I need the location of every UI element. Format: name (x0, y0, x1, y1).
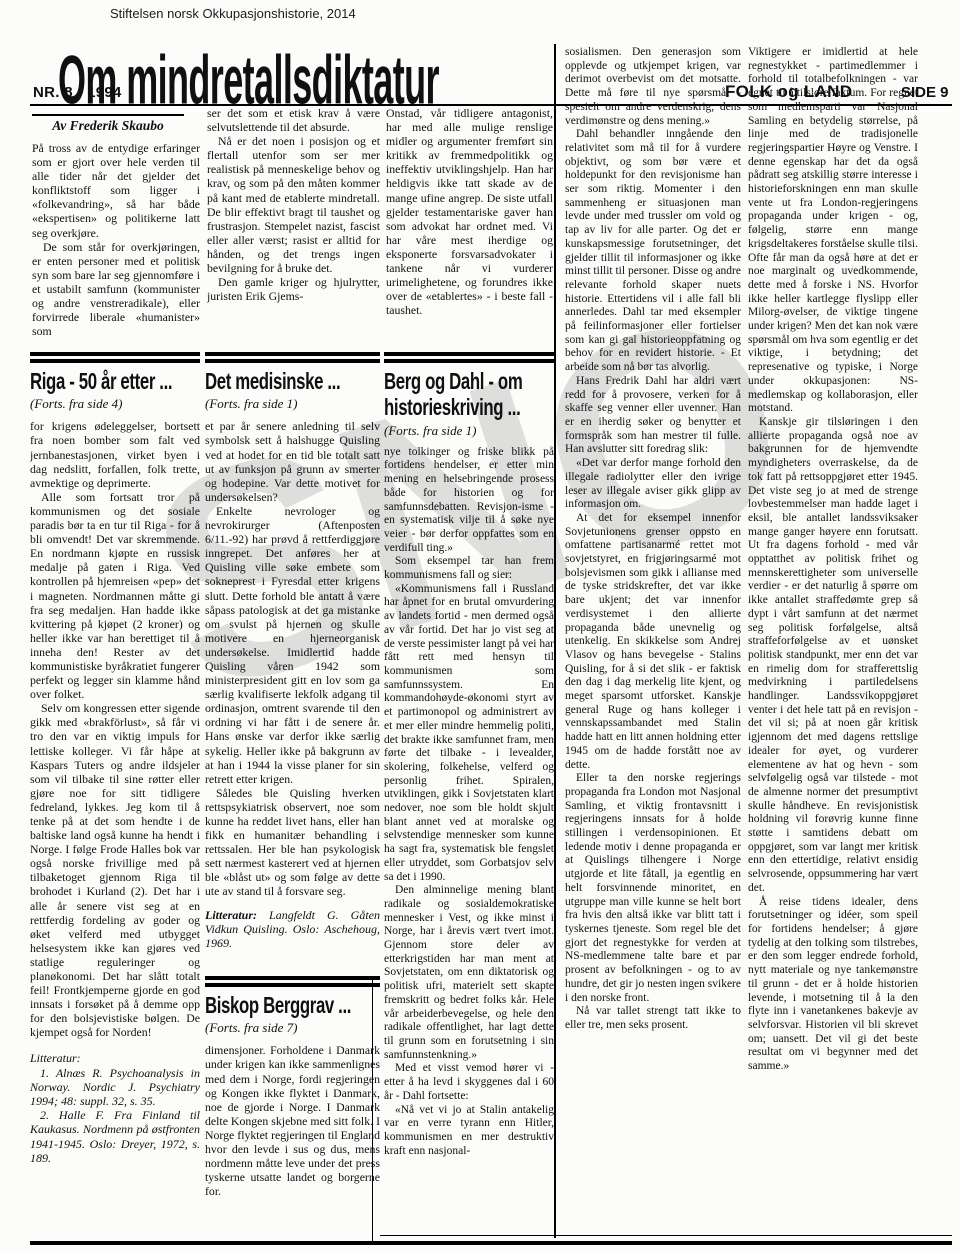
section-heading-berg-dahl-line1: Berg og Dahl - om (384, 369, 508, 393)
paragraph: Onstad, vår tidligere antagonist, har me… (386, 106, 553, 317)
paragraph: «Nå vet vi jo at Stalin antakelig var en… (384, 1104, 554, 1159)
lower-column-divider-vertical (372, 980, 373, 1242)
literature-label: Litteratur: (205, 908, 257, 922)
paragraph: Med et visst vemod hører vi - etter å ha… (384, 1062, 554, 1103)
section-riga: Riga - 50 år etter ... (Forts. fra side … (30, 352, 200, 1246)
footer-rule-thin (380, 1235, 952, 1236)
section-berggrav: Biskop Berggrav ... (Forts. fra side 7) … (205, 976, 380, 1244)
section-heading-berg-dahl-line2: historieskriving ... (384, 395, 508, 419)
paragraph: Dahl behandler inngående den relativitet… (565, 128, 741, 375)
berggrav-body: dimensjoner. Forholdene i Danmark under … (205, 1043, 380, 1198)
paragraph: for krigens ødeleggelser, bortsett fra n… (30, 419, 200, 489)
continuation-note: (Forts. fra side 1) (384, 423, 554, 439)
paragraph: «Kommunismens fall i Russland har åpnet … (384, 583, 554, 884)
continuation-note: (Forts. fra side 1) (205, 396, 380, 412)
riga-body: for krigens ødeleggelser, bortsett fra n… (30, 419, 200, 1039)
literature-label: Litteratur: (30, 1051, 200, 1066)
paragraph: Kanskje gir tilsløringen i den allierte … (748, 416, 918, 896)
paragraph: Således ble Quisling hverken rettspsykia… (205, 786, 380, 899)
paragraph: Som eksempel tar han frem kommunismens f… (384, 555, 554, 582)
main-article-column-1: På tross av de entydige erfaringer som e… (32, 141, 200, 353)
archive-attribution: Stiftelsen norsk Okkupasjonshistorie, 20… (110, 6, 356, 21)
paragraph: Eller ta den norske regjerings propagand… (565, 772, 741, 1005)
section-heading-medisinske: Det medisinske ... (205, 369, 333, 393)
byline: Av Frederik Skaubo (32, 118, 184, 134)
paragraph: 2. Halle F. Fra Finland til Kaukasus. No… (30, 1108, 200, 1165)
medisinske-body: et par år senere anledning til selv symb… (205, 419, 380, 898)
section-divider-rule (205, 976, 380, 987)
paragraph: Å reise tidens idealer, dens forutsetnin… (748, 896, 918, 1074)
paragraph: «Det var derfor mange forhold den illega… (565, 457, 741, 512)
berg-dahl-body-end-column: Viktigere er imidlertid at hele regnesty… (748, 46, 918, 1234)
column-divider-vertical (554, 44, 556, 1238)
section-medisinske: Det medisinske ... (Forts. fra side 1) e… (205, 352, 380, 976)
berg-dahl-body-start: nye tolkinger og friske blikk på fortide… (384, 446, 554, 1159)
section-divider-rule (384, 352, 554, 363)
main-article-column-2: ser det som et etisk krav å være selvuts… (207, 106, 380, 353)
paragraph: Viktigere er imidlertid at hele regnesty… (748, 46, 918, 416)
paragraph: nye tolkinger og friske blikk på fortide… (384, 446, 554, 556)
paragraph: At det for eksempel innenfor Sovjetunion… (565, 512, 741, 772)
continuation-note: (Forts. fra side 4) (30, 396, 200, 412)
section-divider-rule (205, 352, 380, 363)
paragraph: De som står for overkjøringen, er enten … (32, 240, 200, 339)
paragraph: 1. Alnæs R. Psychoanalysis in Norway. No… (30, 1066, 200, 1109)
paragraph: På tross av de entydige erfaringer som e… (32, 141, 200, 240)
paragraph: Den gamle kriger og hjulrytter, juristen… (207, 275, 380, 303)
paragraph: Nå var tallet strengt tatt ikke to eller… (565, 1005, 741, 1032)
paragraph: Selv om kongressen etter sigende gikk me… (30, 701, 200, 1039)
footer-rule-thick (30, 1241, 952, 1245)
newspaper-page: SNO Stiftelsen norsk Okkupasjonshistorie… (0, 0, 960, 1252)
paragraph: Nå er det noen i posisjon og et flertall… (207, 134, 380, 275)
riga-literature: 1. Alnæs R. Psychoanalysis in Norway. No… (30, 1066, 200, 1165)
paragraph: Alle som fortsatt tror på kommunismen og… (30, 490, 200, 701)
paragraph: Hans Fredrik Dahl har aldri vært redd fo… (565, 375, 741, 457)
paragraph: dimensjoner. Forholdene i Danmark under … (205, 1043, 380, 1198)
main-article-column-3: Onstad, vår tidligere antagonist, har me… (386, 106, 553, 353)
section-heading-berggrav: Biskop Berggrav ... (205, 993, 333, 1017)
paragraph: et par år senere anledning til selv symb… (205, 419, 380, 504)
paragraph: sosialismen. Den generasjon som opplevde… (565, 46, 741, 128)
byline-rule (32, 114, 184, 116)
paragraph: ser det som et etisk krav å være selvuts… (207, 106, 380, 134)
section-berg-dahl: Berg og Dahl - om historieskriving ... (… (384, 352, 554, 1250)
berg-dahl-body-middle-column: sosialismen. Den generasjon som opplevde… (565, 46, 741, 1234)
medisinske-literature: Litteratur: Langfeldt G. Gåten Vidkun Qu… (205, 908, 380, 951)
paragraph: Den alminnelige mening blant radikale og… (384, 884, 554, 1062)
paragraph: Enkelte nevrologer og nevrokirurger (Aft… (205, 504, 380, 786)
section-divider-rule (30, 352, 200, 363)
continuation-note: (Forts. fra side 7) (205, 1020, 380, 1036)
section-heading-riga: Riga - 50 år etter ... (30, 369, 154, 393)
